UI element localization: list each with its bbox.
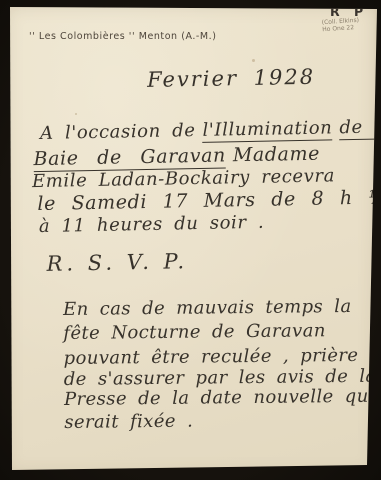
paper-speck — [252, 59, 255, 62]
paper-speck — [75, 113, 77, 115]
handwritten-postscript-block: En cas de mauvais temps la fête Nocturne… — [0, 0, 381, 480]
postscript-line-6: serait fixée . — [64, 411, 193, 433]
scan-background: '' Les Colombières '' Menton (A.-M.) R P… — [0, 0, 381, 480]
postscript-line-1: En cas de mauvais temps la — [63, 296, 352, 320]
invitation-card: '' Les Colombières '' Menton (A.-M.) R P… — [0, 0, 381, 480]
postscript-line-5: Presse de la date nouvelle qui — [64, 386, 375, 410]
postscript-line-2: fête Nocturne de Garavan — [63, 320, 326, 344]
